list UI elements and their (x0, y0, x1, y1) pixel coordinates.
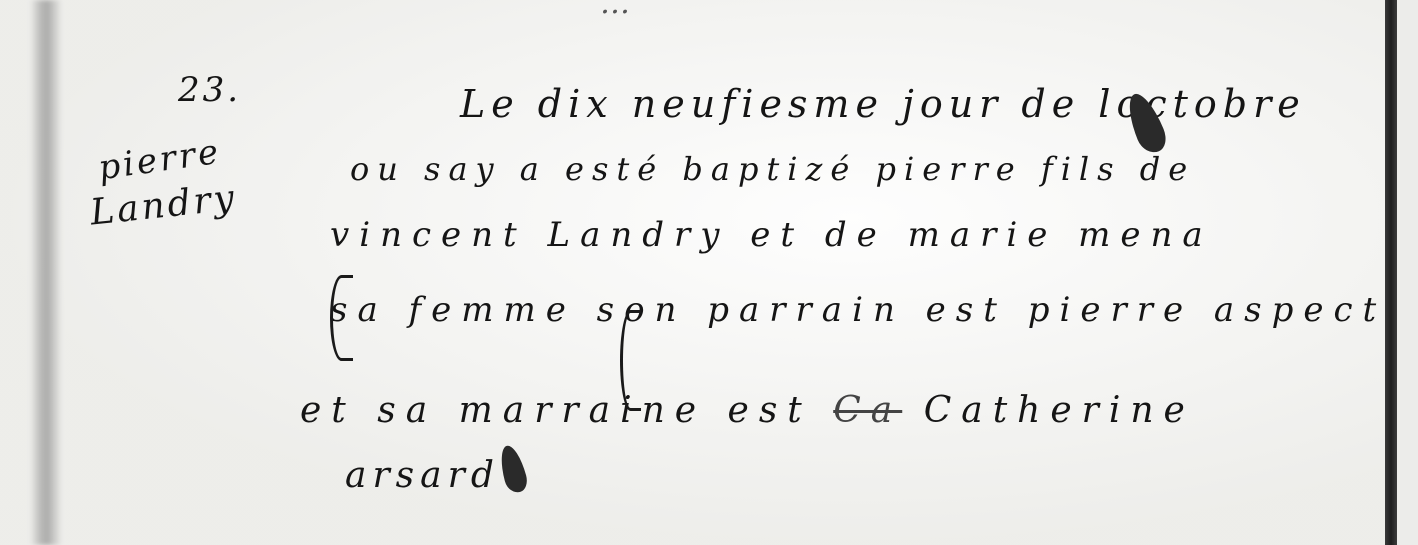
body-line-5: et sa marraine est Ca Catherine (300, 390, 1195, 431)
entry-number: 23. (178, 70, 241, 110)
body-line-2: ou say a esté baptizé pierre fils de (350, 150, 1195, 188)
long-s-stroke (620, 310, 641, 411)
long-s-stroke (330, 275, 353, 361)
body-line-1: Le dix neufiesme jour de loctobre (460, 82, 1306, 126)
top-fragment: … (600, 0, 633, 21)
document-page: 23. pierre Landry … Le dix neufiesme jou… (0, 0, 1418, 545)
godmother-name: Catherine (924, 390, 1195, 431)
margin-stain (30, 0, 62, 545)
body-line-5-text: et sa marraine est (300, 390, 833, 431)
ink-blot (496, 443, 530, 495)
facing-page-edge (1397, 0, 1418, 545)
body-line-3: vincent Landry et de marie mena (330, 215, 1213, 255)
body-line-6: arsard (345, 455, 500, 496)
struck-word: Ca (833, 390, 902, 431)
binding-edge (1385, 0, 1397, 545)
body-line-4: sa femme son parrain est pierre aspect (330, 290, 1386, 330)
